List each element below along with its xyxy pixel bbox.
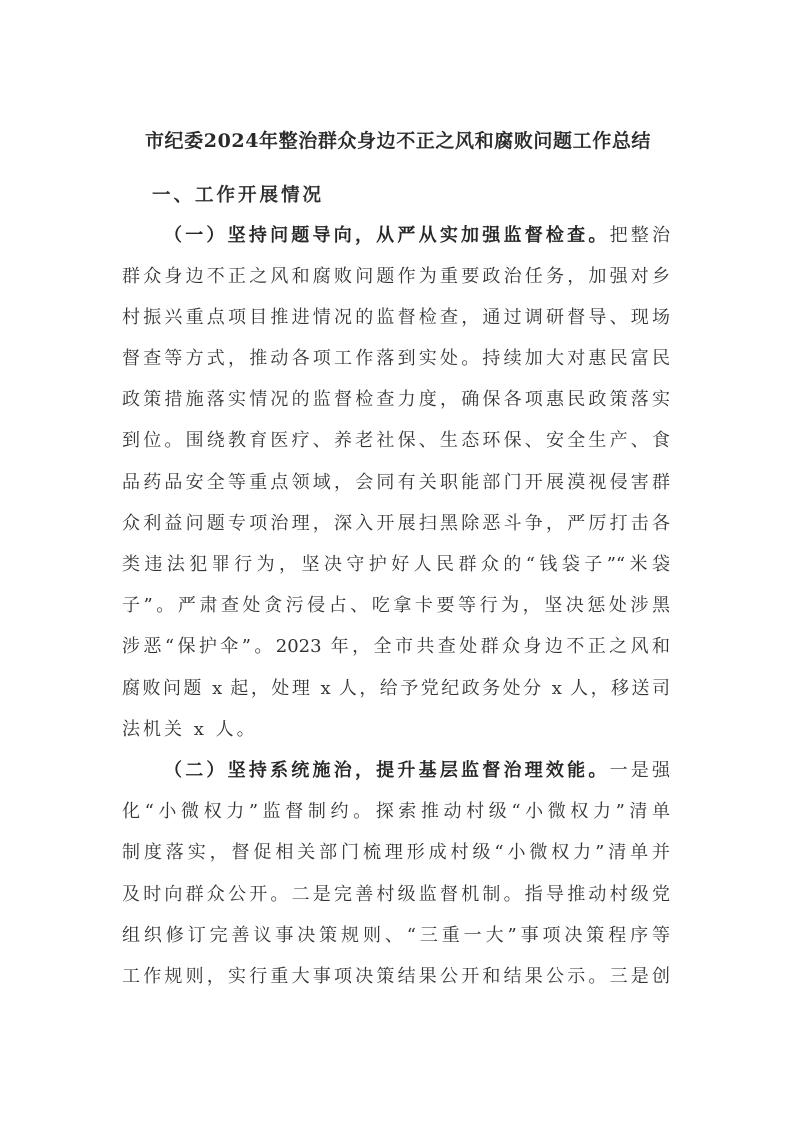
section-heading: 一、工作开展情况 <box>152 181 324 211</box>
paragraph-line: 及时向群众公开。二是完善村级监督机制。指导推动村级党 <box>122 880 670 910</box>
paragraph-line: 政策措施落实情况的监督检查力度，确保各项惠民政策落实 <box>122 385 670 415</box>
paragraph-line: （一）坚持问题导向，从严从实加强监督检查。把整治 <box>164 221 670 251</box>
paragraph-line: 制度落实，督促相关部门梳理形成村级“小微权力”清单并 <box>122 838 670 868</box>
paragraph-line: 组织修订完善议事决策规则、“三重一大”事项决策程序等 <box>122 921 670 951</box>
paragraph-line: 群众身边不正之风和腐败问题作为重要政治任务，加强对乡 <box>122 262 670 292</box>
paragraph-line: 村振兴重点项目推进情况的监督检查，通过调研督导、现场 <box>122 303 670 333</box>
document-page: 市纪委2024年整治群众身边不正之风和腐败问题工作总结 一、工作开展情况 （一）… <box>0 0 793 1122</box>
paragraph-line: 工作规则，实行重大事项决策结果公开和结果公示。三是创 <box>122 962 670 992</box>
paragraph-line: 涉恶“保护伞”。2023 年，全市共查处群众身边不正之风和 <box>122 632 670 662</box>
paragraph-line: 子”。严肃查处贪污侵占、吃拿卡要等行为，坚决惩处涉黑 <box>122 591 670 621</box>
paragraph-line: 法机关 x 人。 <box>122 715 670 745</box>
paragraph-line: 化“小微权力”监督制约。探索推动村级“小微权力”清单 <box>122 797 670 827</box>
paragraph-line: 众利益问题专项治理，深入开展扫黑除恶斗争，严厉打击各 <box>122 509 670 539</box>
paragraph-line: 腐败问题 x 起，处理 x 人，给予党纪政务处分 x 人，移送司 <box>122 674 670 704</box>
document-title: 市纪委2024年整治群众身边不正之风和腐败问题工作总结 <box>122 127 674 155</box>
paragraph-line: 到位。围绕教育医疗、养老社保、生态环保、安全生产、食 <box>122 426 670 456</box>
paragraph-line: 督查等方式，推动各项工作落到实处。持续加大对惠民富民 <box>122 344 670 374</box>
paragraph-line: 品药品安全等重点领域，会同有关职能部门开展漠视侵害群 <box>122 468 670 498</box>
paragraph-lead: （二）坚持系统施治，提升基层监督治理效能。 <box>164 760 610 781</box>
paragraph-line: 类违法犯罪行为，坚决守护好人民群众的“钱袋子”“米袋 <box>122 550 670 580</box>
paragraph-lead: （一）坚持问题导向，从严从实加强监督检查。 <box>164 225 610 246</box>
paragraph-line: （二）坚持系统施治，提升基层监督治理效能。一是强 <box>164 756 670 786</box>
